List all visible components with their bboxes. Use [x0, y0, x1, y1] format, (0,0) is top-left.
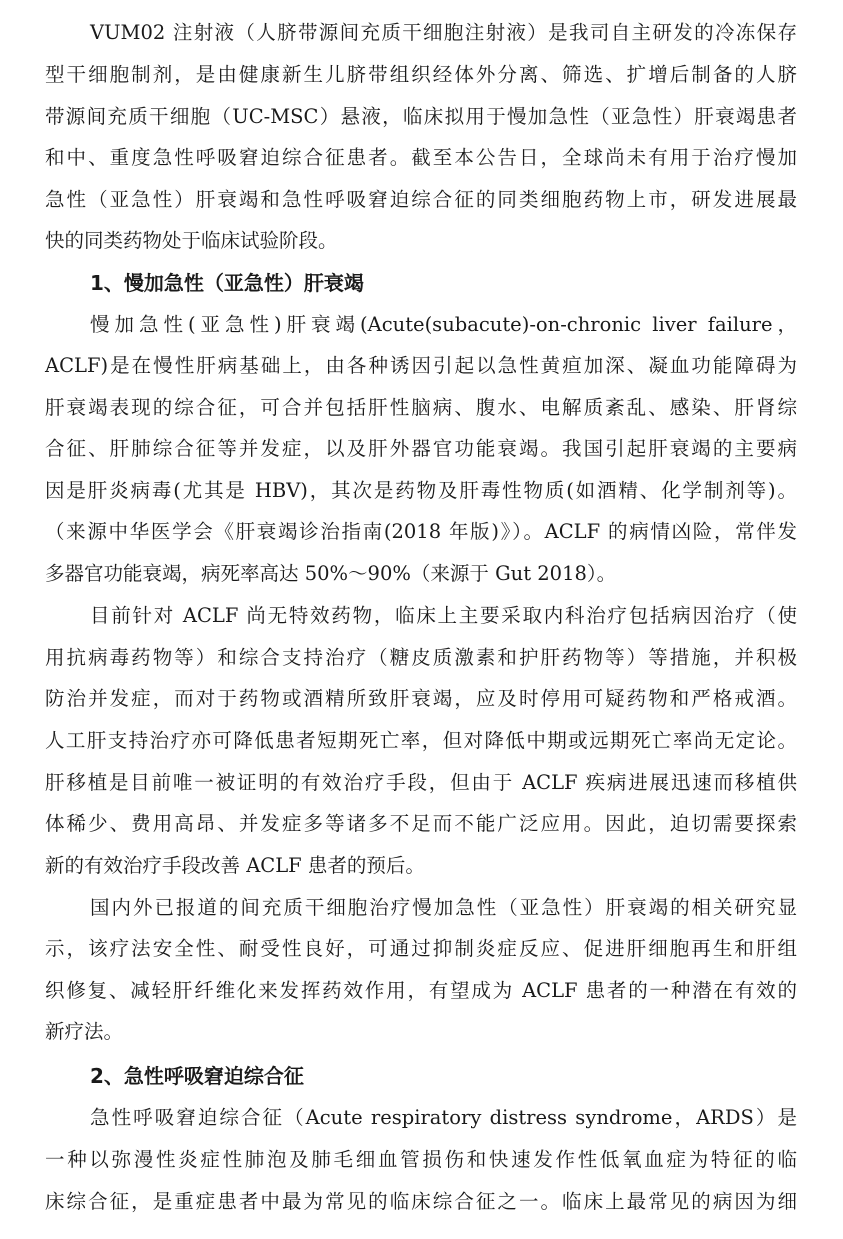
- paragraph-line: ACLF)是在慢性肝病基础上，由各种诱因引起以急性黄疸加深、凝血功能障碍为: [45, 351, 797, 381]
- paragraph-line: 肝移植是目前唯一被证明的有效治疗手段，但由于 ACLF 疾病进展迅速而移植供: [45, 768, 797, 798]
- paragraph-line: 目前针对 ACLF 尚无特效药物，临床上主要采取内科治疗包括病因治疗（使: [90, 601, 797, 631]
- paragraph-line: 体稀少、费用高昂、并发症多等诸多不足而不能广泛应用。因此，迫切需要探索: [45, 809, 797, 839]
- paragraph-line: 用抗病毒药物等）和综合支持治疗（糖皮质激素和护肝药物等）等措施，并积极: [45, 643, 797, 673]
- intro-line: 快的同类药物处于临床试验阶段。: [45, 226, 797, 256]
- paragraph-line: （来源中华医学会《肝衰竭诊治指南(2018 年版)》）。ACLF 的病情凶险，常…: [45, 517, 797, 547]
- paragraph-line: 国内外已报道的间充质干细胞治疗慢加急性（亚急性）肝衰竭的相关研究显: [90, 893, 797, 923]
- intro-line: 和中、重度急性呼吸窘迫综合征患者。截至本公告日，全球尚未有用于治疗慢加: [45, 143, 797, 173]
- paragraph-line: 肝衰竭表现的综合征，可合并包括肝性脑病、腹水、电解质紊乱、感染、肝肾综: [45, 393, 797, 423]
- paragraph-line: 慢加急性(亚急性)肝衰竭(Acute(subacute)-on-chronic …: [90, 310, 797, 340]
- section-heading-aclf: 1、慢加急性（亚急性）肝衰竭: [90, 268, 364, 298]
- intro-line: VUM02 注射液（人脐带源间充质干细胞注射液）是我司自主研发的冷冻保存: [90, 18, 797, 48]
- paragraph-line: 急性呼吸窘迫综合征（Acute respiratory distress syn…: [90, 1103, 797, 1133]
- paragraph-line: 多器官功能衰竭，病死率高达 50%～90%（来源于 Gut 2018）。: [45, 559, 797, 589]
- section-heading-ards: 2、急性呼吸窘迫综合征: [90, 1061, 304, 1091]
- paragraph-line: 新疗法。: [45, 1017, 797, 1047]
- paragraph-line: 防治并发症，而对于药物或酒精所致肝衰竭，应及时停用可疑药物和严格戒酒。: [45, 684, 797, 714]
- paragraph-line: 因是肝炎病毒(尤其是 HBV)，其次是药物及肝毒性物质(如酒精、化学制剂等)。: [45, 476, 797, 506]
- intro-line: 带源间充质干细胞（UC-MSC）悬液，临床拟用于慢加急性（亚急性）肝衰竭患者: [45, 102, 797, 132]
- intro-line: 型干细胞制剂，是由健康新生儿脐带组织经体外分离、筛选、扩增后制备的人脐: [45, 60, 797, 90]
- paragraph-line: 床综合征，是重症患者中最为常见的临床综合征之一。临床上最常见的病因为细: [45, 1187, 797, 1217]
- paragraph-line: 织修复、减轻肝纤维化来发挥药效作用，有望成为 ACLF 患者的一种潜在有效的: [45, 976, 797, 1006]
- document-page: VUM02 注射液（人脐带源间充质干细胞注射液）是我司自主研发的冷冻保存 型干细…: [0, 0, 843, 1239]
- paragraph-line: 一种以弥漫性炎症性肺泡及肺毛细血管损伤和快速发作性低氧血症为特征的临: [45, 1145, 797, 1175]
- intro-line: 急性（亚急性）肝衰竭和急性呼吸窘迫综合征的同类细胞药物上市，研发进展最: [45, 185, 797, 215]
- paragraph-line: 合征、肝肺综合征等并发症，以及肝外器官功能衰竭。我国引起肝衰竭的主要病: [45, 434, 797, 464]
- paragraph-line: 示，该疗法安全性、耐受性良好，可通过抑制炎症反应、促进肝细胞再生和肝组: [45, 934, 797, 964]
- paragraph-line: 人工肝支持治疗亦可降低患者短期死亡率，但对降低中期或远期死亡率尚无定论。: [45, 726, 797, 756]
- paragraph-line: 新的有效治疗手段改善 ACLF 患者的预后。: [45, 851, 797, 881]
